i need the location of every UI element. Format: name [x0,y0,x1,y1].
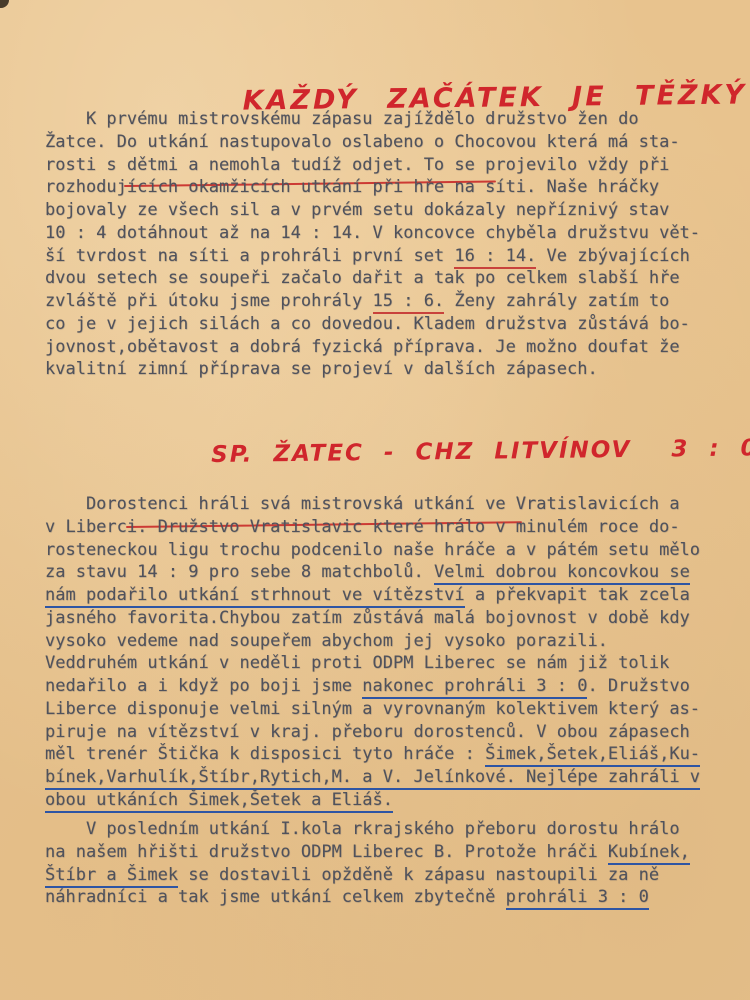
underlined-text-blue: Kubínek, [608,842,690,865]
text-line: dvou setech se soupeři začalo dařit a ta… [45,267,717,290]
text-line: piruje na vítězství v kraj. přeboru doro… [45,721,717,744]
text-segment: Ve zbývajících [536,246,690,266]
text-line: ší tvrdost na síti a prohráli první set … [45,245,717,268]
text-segment: jovnost,obětavost a dobrá fyzická přípra… [45,337,680,357]
text-line: jasného favorita.Chybou zatím zůstává ma… [45,607,717,630]
text-line: bojovaly ze všech sil a v prvém setu dok… [45,199,717,222]
text-line: vysoko vedeme nad soupeřem abychom jej v… [45,630,717,653]
underlined-text-blue: prohráli 3 : 0 [506,887,649,910]
text-segment: rosti s dětmi a nemohla tudíž odjet. To … [45,155,669,175]
text-line: bínek,Varhulík,Štíbr,Rytich,M. a V. Jelí… [45,766,717,789]
text-line: obou utkáních Šimek,Šetek a Eliáš. [45,789,717,812]
text-segment: měl trenér Štička k disposici tyto hráče… [45,744,485,764]
text-segment: Veddruhém utkání v neděli proti ODPM Lib… [45,653,669,673]
text-line: K prvému mistrovskému zápasu zajíždělo d… [45,108,717,131]
text-segment: rosteneckou ligu trochu podcenilo naše h… [45,540,700,560]
text-line: Dorostenci hráli svá mistrovská utkání v… [45,493,717,516]
text-segment: v Liberci. Družstvo Vratislavic které hr… [45,517,680,537]
underlined-text-blue: Šimek,Šetek,Eliáš,Ku- [485,744,700,767]
text-segment: za stavu 14 : 9 pro sebe 8 matchbolů. [45,562,434,582]
text-line: Žatce. Do utkání nastupovalo oslabeno o … [45,131,717,154]
text-line: nedařilo a i když po boji jsme nakonec p… [45,675,717,698]
text-line: V posledním utkání I.kola rkrajského pře… [45,818,717,841]
underlined-text-blue: nám podařilo utkání strhnout ve vítězstv… [45,585,465,608]
text-line: kvalitní zimní příprava se projeví v dal… [45,358,717,381]
underlined-text-red: 15 : 6. [373,291,445,314]
text-line: zvláště při útoku jsme prohrály 15 : 6. … [45,290,717,313]
text-line: měl trenér Štička k disposici tyto hráče… [45,743,717,766]
text-line: Liberce disponuje velmi silným a vyrovna… [45,698,717,721]
text-segment: piruje na vítězství v kraj. přeboru doro… [45,722,690,742]
underlined-text-blue: Velmi dobrou koncovkou se [434,562,690,585]
paragraph-last-round: V posledním utkání I.kola rkrajského pře… [45,818,717,909]
text-segment: Liberce disponuje velmi silným a vyrovna… [45,699,700,719]
paragraph-juniors-match: Dorostenci hráli svá mistrovská utkání v… [45,493,717,812]
underlined-text-blue: Štíbr a Šimek [45,865,178,888]
text-segment: na našem hřišti družstvo ODPM Liberec B.… [45,842,608,862]
text-line: Veddruhém utkání v neděli proti ODPM Lib… [45,652,717,675]
scan-corner-mark [0,0,9,8]
underlined-text-blue: obou utkáních Šimek,Šetek a Eliáš. [45,790,393,813]
text-line: Štíbr a Šimek se dostavili opžděně k záp… [45,864,717,887]
text-segment: náhradníci a tak jsme utkání celkem zbyt… [45,887,506,907]
text-line: jovnost,obětavost a dobrá fyzická přípra… [45,336,717,359]
text-segment: ší tvrdost na síti a prohráli první set [45,246,454,266]
text-line: za stavu 14 : 9 pro sebe 8 matchbolů. Ve… [45,561,717,584]
text-segment: jasného favorita.Chybou zatím zůstává ma… [45,608,690,628]
text-line: nám podařilo utkání strhnout ve vítězstv… [45,584,717,607]
text-segment: rozhodujících okamžicích utkání při hře … [45,177,659,197]
underlined-text-blue: nakonec prohráli 3 : 0 [362,676,587,699]
text-segment: 10 : 4 dotáhnout až na 14 : 14. V koncov… [45,223,700,243]
text-segment: zvláště při útoku jsme prohrály [45,291,373,311]
text-segment: K prvému mistrovskému zápasu zajíždělo d… [45,109,639,129]
text-line: v Liberci. Družstvo Vratislavic které hr… [45,516,717,539]
typewritten-page: KAŽDÝ ZAČÁTEK JE TĚŽKÝ K prvému mistrovs… [0,0,750,1000]
text-line: co je v jejich silách a co dovedou. Klad… [45,313,717,336]
underlined-text-red: 16 : 14. [454,246,536,269]
text-segment: dvou setech se soupeři začalo dařit a ta… [45,268,680,288]
text-segment: vysoko vedeme nad soupeřem abychom jej v… [45,631,608,651]
text-segment: nedařilo a i když po boji jsme [45,676,362,696]
text-segment: co je v jejich silách a co dovedou. Klad… [45,314,690,334]
text-segment: kvalitní zimní příprava se projeví v dal… [45,359,598,379]
text-segment: V posledním utkání I.kola rkrajského pře… [45,819,680,839]
text-segment: Žatce. Do utkání nastupovalo oslabeno o … [45,132,680,152]
match-score-heading-text: SP. ŽATEC - CHZ LITVÍNOV 3 : 0 [209,435,750,473]
paragraph-womens-match: K prvému mistrovskému zápasu zajíždělo d… [45,108,717,381]
text-line: rozhodujících okamžicích utkání při hře … [45,176,717,199]
text-segment: Dorostenci hráli svá mistrovská utkání v… [45,494,680,514]
text-line: na našem hřišti družstvo ODPM Liberec B.… [45,841,717,864]
text-line: 10 : 4 dotáhnout až na 14 : 14. V koncov… [45,222,717,245]
underlined-text-blue: bínek,Varhulík,Štíbr,Rytich,M. a V. Jelí… [45,767,700,790]
text-segment: bojovaly ze všech sil a v prvém setu dok… [45,200,669,220]
text-line: náhradníci a tak jsme utkání celkem zbyt… [45,886,717,909]
text-line: rosteneckou ligu trochu podcenilo naše h… [45,539,717,562]
text-segment: . Družstvo [587,676,689,696]
text-segment: Ženy zahrály zatím to [444,291,669,311]
text-line: rosti s dětmi a nemohla tudíž odjet. To … [45,154,717,177]
text-segment: a překvapit tak zcela [465,585,690,605]
text-segment: se dostavili opžděně k zápasu nastoupili… [178,865,659,885]
